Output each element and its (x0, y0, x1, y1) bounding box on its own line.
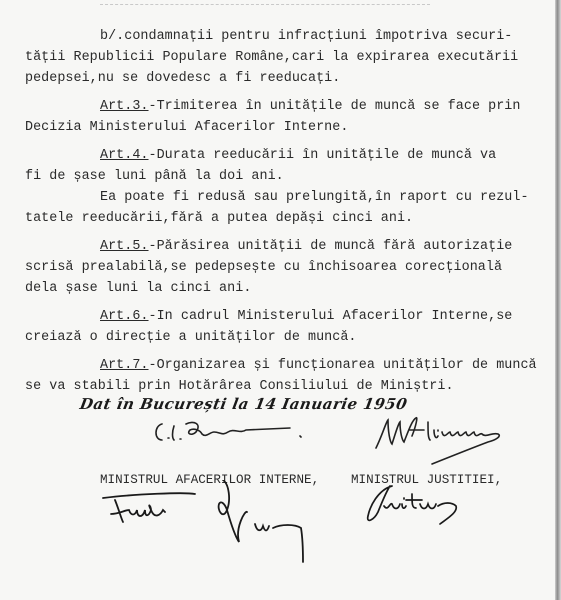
text-line: -Organizarea și funcționarea unităților … (149, 358, 537, 373)
article-number: Art.5. (100, 239, 149, 254)
text-line: -In cadrul Ministerului Afacerilor Inter… (149, 309, 513, 324)
article-number: Art.4. (100, 148, 149, 163)
text-line: dela șase luni la cinci ani. (25, 281, 251, 297)
text-line: -Durata reeducării în unitățile de muncă… (149, 148, 497, 163)
page-edge (555, 0, 561, 600)
article-3: Art.3.-Trimiterea în unitățile de muncă … (100, 99, 520, 115)
text-line: scrisă prealabilă,se pedepsește cu închi… (25, 260, 502, 276)
text-line: b/.condamnații pentru infracțiuni împotr… (100, 29, 512, 45)
signature-top-right (372, 412, 522, 472)
text-line: -Trimiterea în unitățile de muncă se fac… (149, 99, 521, 114)
text-line: tatele reeducării,fără a putea depăși ci… (25, 211, 413, 227)
text-line: fi de șase luni până la doi ani. (25, 169, 284, 185)
article-number: Art.7. (100, 358, 149, 373)
text-line: Decizia Ministerului Afacerilor Interne. (25, 120, 348, 136)
article-number: Art.6. (100, 309, 149, 324)
text-line: pedepsei,nu se dovedesc a fi reeducați. (25, 71, 340, 87)
scan-artifact (100, 4, 430, 7)
document-page: b/.condamnații pentru infracțiuni împotr… (0, 0, 555, 600)
article-4: Art.4.-Durata reeducării în unitățile de… (100, 148, 496, 164)
handwritten-date: Dat în București la 14 Ianuarie 1950 (78, 395, 408, 413)
signature-top-left (150, 418, 320, 446)
text-line: tății Republicii Populare Române,cari la… (25, 50, 518, 66)
article-7: Art.7.-Organizarea și funcționarea unită… (100, 358, 537, 374)
signature-bottom-left (95, 480, 335, 575)
article-5: Art.5.-Părăsirea unității de muncă fără … (100, 239, 512, 255)
article-6: Art.6.-In cadrul Ministerului Afacerilor… (100, 309, 512, 325)
signature-bottom-right (360, 482, 490, 532)
text-line: Ea poate fi redusă sau prelungită,în rap… (100, 190, 529, 206)
article-number: Art.3. (100, 99, 149, 114)
text-line: creiază o direcție a unităților de muncă… (25, 330, 357, 346)
text-line: -Părăsirea unității de muncă fără autori… (149, 239, 513, 254)
text-line: se va stabili prin Hotărârea Consiliului… (25, 379, 454, 395)
